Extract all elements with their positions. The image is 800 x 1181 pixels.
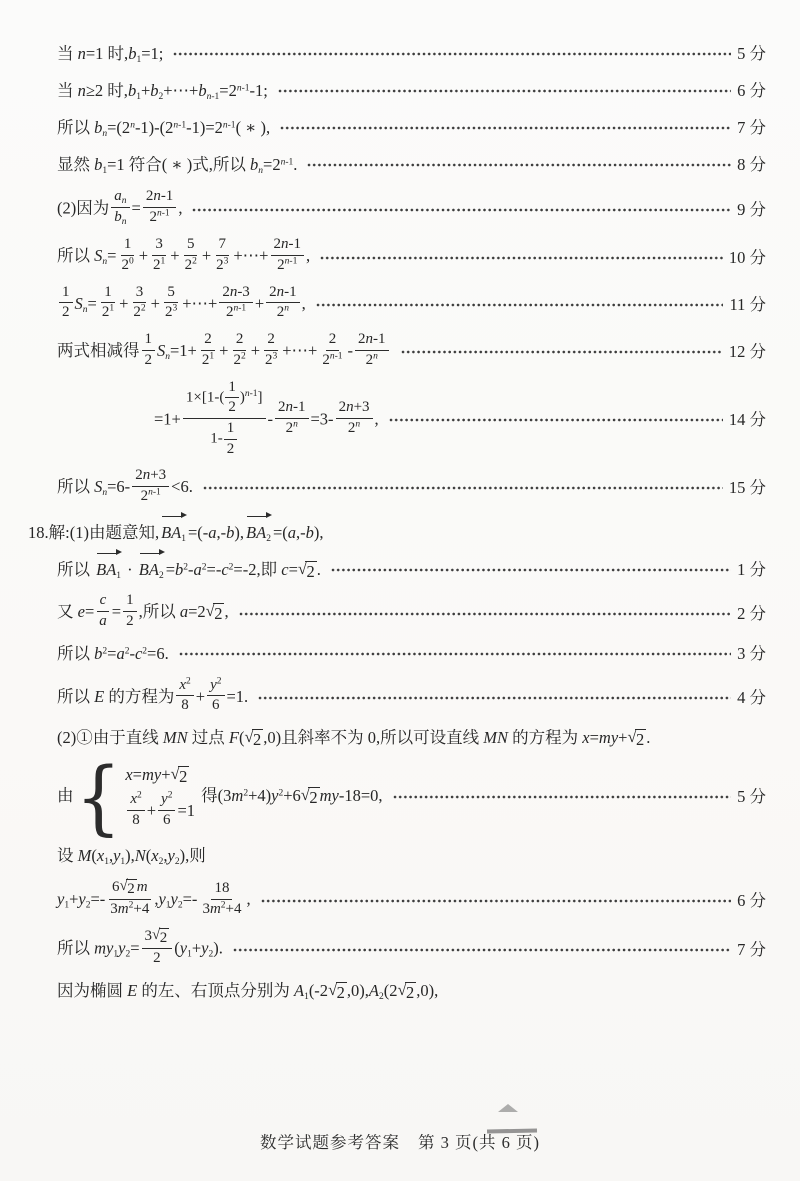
- scanned-exam-answer-page: 当 n=1 时,b1=1;5 分当 n≥2 时,b1+b2+⋯+bn-1=2n-…: [0, 0, 800, 1181]
- radical-sign-icon: √: [397, 981, 406, 999]
- formula-line: 两式相减得12Sn=1+221+222+223+⋯+22n-1-2n-12n12…: [57, 333, 766, 371]
- math-variable: S: [157, 341, 165, 360]
- dotted-leader: [316, 303, 724, 307]
- score-label: 15 分: [729, 476, 766, 500]
- superscript: 2: [229, 562, 234, 572]
- math-variable: A: [369, 981, 379, 1000]
- math-variable: e: [78, 602, 85, 621]
- formula-content: 两式相减得12Sn=1+221+222+223+⋯+22n-1-2n-12n: [57, 333, 391, 371]
- formula-line: 当 n=1 时,b1=1;5 分: [57, 42, 766, 66]
- formula-line: 所以 E 的方程为x28+y26=1.4 分: [57, 679, 766, 717]
- fraction-numerator: 2: [326, 331, 340, 351]
- fraction-denominator: 6: [160, 811, 174, 830]
- fraction: x28: [127, 791, 144, 829]
- radicand: 2: [305, 561, 316, 582]
- fraction: y26: [158, 791, 175, 829]
- superscript: n-1: [157, 208, 170, 218]
- fraction: 723: [213, 236, 231, 274]
- math-variable: y: [154, 765, 161, 784]
- fraction-denominator: bn: [111, 208, 129, 227]
- footer-doc-title: 数学试题参考答案: [260, 1133, 400, 1152]
- superscript: 2: [125, 646, 130, 656]
- vector-with-arrow: BA2: [246, 521, 271, 545]
- fraction: 322: [130, 284, 148, 322]
- math-variable: x: [179, 677, 186, 693]
- subscript: 2: [379, 992, 384, 1002]
- square-root: √2: [171, 766, 190, 787]
- formula-line: 所以 b2=a2-c2=6.3 分: [57, 642, 766, 666]
- score-label: 1 分: [737, 558, 766, 582]
- vector-with-arrow: BA1: [161, 521, 186, 545]
- math-variable: n: [102, 257, 107, 267]
- formula-content: 18.解:(1)由题意知,BA1=(-a,-b),BA2=(a,-b),: [28, 521, 324, 545]
- score-label: 12 分: [729, 340, 766, 364]
- subscript: 1: [104, 857, 109, 867]
- fraction-denominator: 1-12: [207, 419, 241, 458]
- radicand: 2: [126, 879, 137, 898]
- subscript: n: [102, 257, 107, 267]
- fraction-numerator: x2: [127, 791, 144, 811]
- superscript: 2: [278, 788, 283, 798]
- score-label: 5 分: [737, 42, 766, 66]
- fraction-numerator: 3√2: [142, 928, 173, 949]
- superscript: n: [355, 419, 360, 429]
- fraction-denominator: 23: [213, 256, 231, 275]
- fraction: anbn: [111, 188, 129, 228]
- superscript: 2: [217, 676, 222, 686]
- math-variable: n: [233, 304, 238, 314]
- fraction-denominator: 8: [129, 811, 143, 830]
- fraction-numerator: an: [111, 188, 129, 208]
- math-variable: BA: [246, 523, 266, 542]
- fraction: 12: [224, 420, 238, 458]
- superscript: n-1: [237, 83, 250, 93]
- formula-content: 因为椭圆 E 的左、右顶点分别为 A1(-2√2,0),A2(2√2,0),: [57, 979, 438, 1003]
- math-variable: b: [128, 81, 136, 100]
- fraction: 2n-32n-1: [219, 284, 253, 322]
- math-variable: a: [114, 188, 122, 204]
- superscript: 1: [109, 304, 114, 314]
- fraction-numerator: 2n-1: [355, 331, 389, 351]
- fraction: 2n-12n: [275, 399, 309, 437]
- radical-sign-icon: √: [206, 602, 215, 620]
- fraction-denominator: 23: [262, 351, 280, 370]
- superscript: 3: [172, 304, 177, 314]
- formula-line: 所以 Sn=120+321+522+723+⋯+2n-12n-1,10 分: [57, 238, 766, 276]
- math-variable: c: [281, 560, 288, 579]
- superscript: 2: [137, 790, 142, 800]
- superscript: 2: [168, 790, 173, 800]
- fraction-numerator: 3: [133, 284, 147, 304]
- formula-line: 由{x=my+√2x28+y26=1 得(3m2+4)y2+6√2my-18=0…: [57, 763, 766, 831]
- fraction-denominator: 8: [178, 696, 192, 715]
- formula-line: 所以 BA1 · BA2=b2-a2=-c2=-2,即 c=√2.1 分: [57, 558, 766, 582]
- fraction: 221: [199, 331, 217, 369]
- fraction-numerator: 1: [123, 592, 137, 612]
- fraction-denominator: 2n-1: [319, 351, 345, 370]
- superscript: n: [284, 304, 289, 314]
- formula-content: 所以 my1y2=3√22(y1+y2).: [57, 930, 223, 970]
- math-variable: n: [223, 120, 228, 130]
- dotted-leader: [173, 52, 731, 56]
- math-variable: n: [245, 388, 250, 398]
- fraction-denominator: 2: [224, 440, 238, 459]
- math-variable: n: [346, 399, 354, 415]
- formula-content: 当 n≥2 时,b1+b2+⋯+bn-1=2n-1-1;: [57, 79, 268, 103]
- superscript: 2: [129, 901, 134, 911]
- formula-content: (2)因为anbn=2n-12n-1,: [57, 190, 182, 230]
- fraction: 522: [182, 236, 200, 274]
- dotted-leader: [203, 486, 723, 490]
- fraction-numerator: y2: [158, 791, 175, 811]
- superscript: 2: [202, 562, 207, 572]
- fraction-numerator: 5: [164, 284, 178, 304]
- fraction: 2n-12n-1: [271, 236, 305, 274]
- dotted-leader: [320, 256, 723, 260]
- subscript: 1: [116, 570, 121, 580]
- formula-content: (2)①由于直线 MN 过点 F(√2,0)且斜率不为 0,所以可设直线 MN …: [57, 726, 650, 750]
- math-variable: F: [229, 728, 239, 747]
- solution-lines: 当 n=1 时,b1=1;5 分当 n≥2 时,b1+b2+⋯+bn-1=2n-…: [57, 42, 766, 1003]
- subscript: 2: [178, 901, 183, 911]
- subscript: n: [83, 305, 88, 315]
- subscript: 1: [304, 992, 309, 1002]
- fraction-numerator: 2: [264, 331, 278, 351]
- fraction: 223: [262, 331, 280, 369]
- superscript: n: [130, 120, 135, 130]
- math-variable: x: [151, 846, 158, 865]
- math-variable: y: [158, 890, 165, 909]
- math-variable: m: [231, 786, 243, 805]
- fraction-numerator: 3: [152, 236, 166, 256]
- fraction: 120: [118, 236, 136, 274]
- math-variable: n: [355, 419, 360, 429]
- math-variable: a: [208, 523, 216, 542]
- equation-row: x28+y26=1: [125, 793, 195, 831]
- superscript: 3: [273, 351, 278, 361]
- score-label: 6 分: [737, 889, 766, 913]
- math-variable: n: [153, 188, 161, 204]
- subscript: 2: [175, 857, 180, 867]
- fraction-numerator: 2n-3: [219, 284, 253, 304]
- math-variable: n: [293, 419, 298, 429]
- formula-line: (2)①由于直线 MN 过点 F(√2,0)且斜率不为 0,所以可设直线 MN …: [57, 726, 766, 750]
- math-variable: n: [148, 487, 153, 497]
- superscript: n-1: [330, 351, 343, 361]
- math-variable: n: [173, 120, 178, 130]
- equation-rows: x=my+√2x28+y26=1: [125, 763, 195, 831]
- superscript: n: [293, 419, 298, 429]
- math-variable: n: [207, 92, 212, 102]
- formula-line: 18.解:(1)由题意知,BA1=(-a,-b),BA2=(a,-b),: [28, 521, 766, 545]
- math-variable: b: [306, 523, 314, 542]
- formula-content: 所以 BA1 · BA2=b2-a2=-c2=-2,即 c=√2.: [57, 558, 321, 582]
- fraction-numerator: 2n-1: [143, 188, 177, 208]
- fraction-denominator: 21: [99, 303, 117, 322]
- subscript: 1: [64, 901, 69, 911]
- fraction-numerator: 2n-1: [271, 236, 305, 256]
- math-variable: y: [332, 786, 339, 805]
- score-label: 7 分: [737, 116, 766, 140]
- fraction: 183m2+4: [199, 880, 244, 918]
- radical-sign-icon: √: [328, 981, 337, 999]
- math-variable: m: [137, 879, 148, 895]
- math-variable: M: [78, 846, 92, 865]
- math-variable: n: [284, 304, 289, 314]
- equation-row: x=my+√2: [125, 763, 189, 787]
- math-variable: m: [599, 728, 611, 747]
- math-variable: b: [198, 81, 206, 100]
- fraction-numerator: 1: [121, 236, 135, 256]
- math-variable: a: [288, 523, 296, 542]
- fraction-denominator: 2n: [274, 303, 292, 322]
- fraction-denominator: 2n-1: [223, 303, 249, 322]
- score-label: 11 分: [729, 293, 766, 317]
- fraction-denominator: 2n-1: [138, 487, 164, 506]
- radical-sign-icon: √: [627, 728, 636, 746]
- formula-content: 由{x=my+√2x28+y26=1 得(3m2+4)y2+6√2my-18=0…: [57, 763, 383, 831]
- fraction-numerator: 2n-1: [266, 284, 300, 304]
- fraction-denominator: 2: [225, 398, 239, 417]
- superscript: 1: [209, 351, 214, 361]
- math-variable: n: [102, 129, 107, 139]
- fraction-denominator: 2: [123, 612, 137, 631]
- radicand: 2: [252, 729, 263, 750]
- square-root: √2: [298, 561, 317, 582]
- math-variable: n: [157, 208, 162, 218]
- fraction-numerator: 2n+3: [336, 399, 373, 419]
- superscript: 2: [186, 676, 191, 686]
- fraction: 12: [123, 592, 137, 630]
- subscript: n: [122, 217, 127, 227]
- scan-smudge-triangle: [498, 1104, 518, 1112]
- fraction: 321: [150, 236, 168, 274]
- radicand: 2: [405, 982, 416, 1003]
- math-variable: y: [180, 939, 187, 958]
- math-variable: n: [130, 120, 135, 130]
- fraction: 3√22: [142, 928, 173, 968]
- math-variable: n: [286, 399, 294, 415]
- footer-page-label: 第 3 页(共 6 页): [418, 1133, 540, 1152]
- subscript: 1: [120, 857, 125, 867]
- math-variable: n: [143, 467, 151, 483]
- fraction: 222: [230, 331, 248, 369]
- fraction-denominator: 23: [162, 303, 180, 322]
- fraction-numerator: 18: [211, 880, 232, 900]
- square-root: √2: [120, 879, 137, 898]
- dotted-leader: [401, 350, 723, 354]
- formula-line: (2)因为anbn=2n-12n-1,9 分: [57, 190, 766, 230]
- curly-brace-icon: {: [76, 761, 122, 834]
- score-label: 5 分: [737, 785, 766, 809]
- radicand: 2: [159, 928, 170, 947]
- formula-line: 当 n≥2 时,b1+b2+⋯+bn-1=2n-1-1;6 分: [57, 79, 766, 103]
- radical-sign-icon: √: [171, 765, 180, 783]
- math-variable: BA: [139, 560, 159, 579]
- fraction-numerator: 1×[1-(12)n-1]: [183, 379, 266, 419]
- fraction-denominator: 21: [150, 256, 168, 275]
- superscript: n-1: [285, 256, 298, 266]
- dotted-leader: [258, 696, 731, 700]
- math-variable: n: [230, 284, 238, 300]
- square-root: √2: [328, 982, 347, 1003]
- formula-content: 所以 b2=a2-c2=6.: [57, 642, 169, 666]
- subscript: 2: [125, 949, 130, 959]
- math-variable: a: [99, 613, 107, 629]
- math-variable: b: [150, 81, 158, 100]
- formula-line: 所以 bn=(2n-1)-(2n-1-1)=2n-1( ∗ ),7 分: [57, 116, 766, 140]
- fraction-denominator: 2n: [363, 351, 381, 370]
- formula-content: 12Sn=121+322+523+⋯+2n-32n-1+2n-12n,: [57, 286, 306, 324]
- formula-content: 显然 b1=1 符合( ∗ )式,所以 bn=2n-1.: [57, 153, 297, 177]
- fraction-denominator: 6: [209, 696, 223, 715]
- fraction: 2n-12n-1: [143, 188, 177, 226]
- fraction: 2n+32n: [336, 399, 373, 437]
- fraction: 6√2m3m2+4: [107, 879, 152, 919]
- radicand: 2: [635, 729, 646, 750]
- math-variable: x: [125, 765, 132, 784]
- score-label: 8 分: [737, 153, 766, 177]
- formula-line: 所以 Sn=6-2n+32n-1<6.15 分: [57, 469, 766, 507]
- fraction-denominator: 3m2+4: [107, 900, 152, 919]
- math-variable: S: [75, 294, 83, 313]
- fraction-denominator: 2: [59, 303, 73, 322]
- formula-content: 当 n=1 时,b1=1;: [57, 42, 163, 66]
- radical-sign-icon: √: [152, 927, 160, 944]
- formula-line: 设 M(x1,y1),N(x2,y2),则: [57, 844, 766, 868]
- fraction-numerator: x2: [176, 677, 193, 697]
- math-variable: n: [237, 83, 242, 93]
- formula-line: 因为椭圆 E 的左、右顶点分别为 A1(-2√2,0),A2(2√2,0),: [57, 979, 766, 1003]
- dotted-leader: [192, 208, 731, 212]
- math-variable: m: [210, 901, 221, 917]
- fraction: 1×[1-(12)n-1]1-12: [183, 379, 266, 459]
- score-label: 9 分: [737, 198, 766, 222]
- subscript: 1: [187, 949, 192, 959]
- radical-sign-icon: √: [120, 878, 128, 895]
- fraction-numerator: 5: [184, 236, 198, 256]
- math-variable: y: [171, 890, 178, 909]
- fraction: y26: [207, 677, 224, 715]
- math-variable: m: [94, 939, 106, 958]
- radicand: 2: [178, 766, 189, 787]
- subscript: n: [102, 129, 107, 139]
- fraction-denominator: 20: [118, 256, 136, 275]
- superscript: 0: [129, 256, 134, 266]
- math-variable: BA: [161, 523, 181, 542]
- fraction: 2n-12n: [355, 331, 389, 369]
- formula-content: =1+1×[1-(12)n-1]1-12-2n-12n=3-2n+32n,: [154, 381, 379, 461]
- score-label: 3 分: [737, 642, 766, 666]
- subscript: n: [165, 352, 170, 362]
- score-label: 14 分: [729, 408, 766, 432]
- math-variable: m: [142, 765, 154, 784]
- fraction-denominator: 2n: [283, 419, 301, 438]
- fraction-numerator: 1: [59, 284, 73, 304]
- square-root: √2: [152, 928, 169, 947]
- fraction-numerator: y2: [207, 677, 224, 697]
- page-footer: 数学试题参考答案第 3 页(共 6 页): [0, 1129, 800, 1153]
- subscript: 2: [86, 901, 91, 911]
- fraction-numerator: 7: [216, 236, 230, 256]
- superscript: n-1: [148, 487, 161, 497]
- math-variable: n: [78, 44, 86, 63]
- fraction-denominator: 22: [130, 303, 148, 322]
- formula-content: 所以 bn=(2n-1)-(2n-1-1)=2n-1( ∗ ),: [57, 116, 270, 140]
- subscript: 2: [159, 570, 164, 580]
- fraction-denominator: 2: [150, 949, 164, 968]
- dotted-leader: [261, 899, 732, 903]
- fraction-denominator: 2: [142, 351, 156, 370]
- radicand: 2: [308, 787, 319, 808]
- dotted-leader: [393, 795, 732, 799]
- fraction-denominator: 21: [199, 351, 217, 370]
- superscript: 3: [224, 256, 229, 266]
- math-variable: x: [130, 791, 137, 807]
- math-variable: n: [281, 157, 286, 167]
- math-variable: MN: [483, 728, 508, 747]
- subscript: n-1: [207, 92, 220, 102]
- radical-sign-icon: √: [244, 728, 253, 746]
- subscript: n: [122, 196, 127, 206]
- math-variable: a: [180, 602, 188, 621]
- math-variable: m: [320, 786, 332, 805]
- dotted-leader: [307, 163, 731, 167]
- math-variable: n: [366, 331, 374, 347]
- fraction-numerator: 2: [201, 331, 215, 351]
- formula-content: 所以 Sn=120+321+522+723+⋯+2n-12n-1,: [57, 238, 310, 276]
- square-root: √2: [301, 787, 320, 808]
- subscript: 1: [102, 166, 107, 176]
- math-variable: m: [118, 901, 129, 917]
- math-variable: c: [221, 560, 228, 579]
- fraction-denominator: 3m2+4: [199, 900, 244, 919]
- superscript: 1: [161, 256, 166, 266]
- superscript: 2: [241, 351, 246, 361]
- fraction-denominator: a: [96, 612, 110, 631]
- fraction: x28: [176, 677, 193, 715]
- square-root: √2: [627, 729, 646, 750]
- superscript: 2: [102, 646, 107, 656]
- math-variable: y: [168, 846, 175, 865]
- fraction-numerator: 2n+3: [132, 467, 169, 487]
- fraction-denominator: 2n: [345, 419, 363, 438]
- math-variable: E: [94, 687, 104, 706]
- formula-line: 又 e=ca=12,所以 a=2√2,2 分: [57, 594, 766, 632]
- math-variable: n: [281, 236, 289, 252]
- math-variable: A: [294, 981, 304, 1000]
- math-variable: N: [135, 846, 146, 865]
- dotted-leader: [239, 612, 732, 616]
- math-variable: n: [330, 351, 335, 361]
- math-variable: a: [116, 644, 124, 663]
- radical-sign-icon: √: [301, 786, 310, 804]
- math-variable: x: [582, 728, 589, 747]
- subscript: 1: [181, 533, 186, 543]
- radical-sign-icon: √: [298, 560, 307, 578]
- system-of-equations: {x=my+√2x28+y26=1: [76, 763, 196, 831]
- superscript: 2: [142, 646, 147, 656]
- square-root: √2: [397, 982, 416, 1003]
- fraction-numerator: c: [97, 592, 110, 612]
- dotted-leader: [179, 652, 731, 656]
- vector-with-arrow: BA1: [96, 558, 121, 582]
- fraction-denominator: 2n-1: [274, 256, 300, 275]
- formula-line: =1+1×[1-(12)n-1]1-12-2n-12n=3-2n+32n,14 …: [57, 381, 766, 461]
- radicand: 2: [213, 603, 224, 624]
- fraction: 12: [225, 379, 239, 417]
- fraction: 523: [162, 284, 180, 322]
